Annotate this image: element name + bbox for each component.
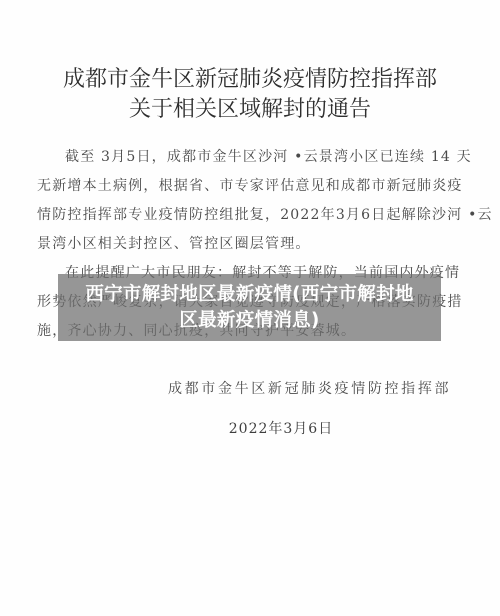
body-paragraph-1-line-1: 截至 3月5日，成都市金牛区沙河 •云景湾小区已连续 14 天 (65, 146, 453, 166)
body-paragraph-1-line-4: 景湾小区相关封控区、管控区圈层管理。 (37, 233, 453, 253)
caption-overlay-banner: 西宁市解封地区最新疫情(西宁市解封地区最新疫情消息) (58, 274, 441, 341)
body-paragraph-1-line-3: 情防控指挥部专业疫情防控组批复，2022年3月6日起解除沙河 •云 (37, 204, 453, 224)
signature-organization: 成都市金牛区新冠肺炎疫情防控指挥部 (168, 378, 450, 398)
body-paragraph-1-line-2: 无新增本土病例，根据省、市专家评估意见和成都市新冠肺炎疫 (37, 175, 453, 195)
document-title-line-2: 关于相关区域解封的通告 (0, 92, 500, 123)
caption-overlay-text: 西宁市解封地区最新疫情(西宁市解封地区最新疫情消息) (85, 282, 415, 334)
signature-date: 2022年3月6日 (0, 418, 500, 438)
document-title-line-1: 成都市金牛区新冠肺炎疫情防控指挥部 (0, 62, 500, 93)
